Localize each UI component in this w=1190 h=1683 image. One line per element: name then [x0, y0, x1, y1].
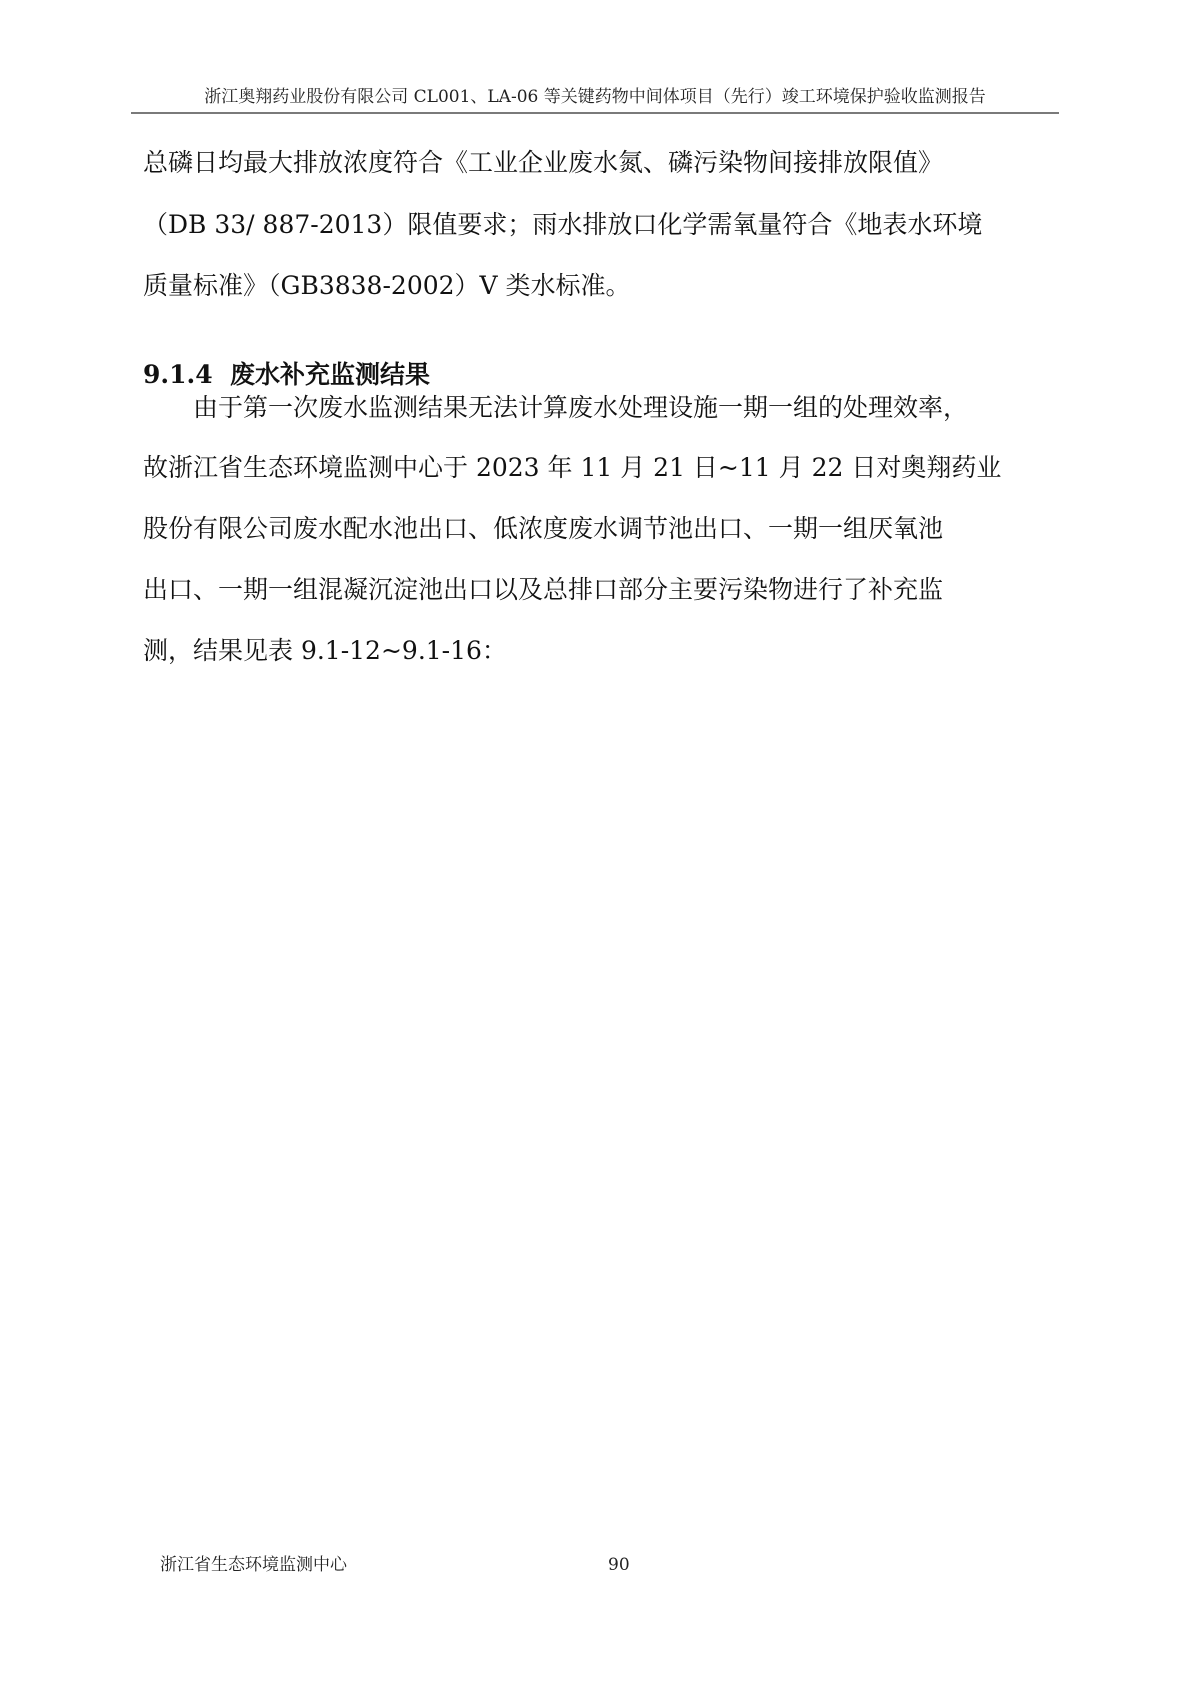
text-line: 测，结果见表 9.1-12~9.1-16： — [143, 633, 507, 669]
text-line: 故浙江省生态环境监测中心于 2023 年 11 月 21 日~11 月 22 日… — [143, 450, 1001, 486]
header-divider — [131, 112, 1059, 114]
text-line: 由于第一次废水监测结果无法计算废水处理设施一期一组的处理效率， — [193, 390, 968, 426]
section-title: 废水补充监测结果 — [230, 360, 430, 389]
text-line: 出口、一期一组混凝沉淀池出口以及总排口部分主要污染物进行了补充监 — [143, 572, 943, 608]
section-number: 9.1.4 — [143, 360, 213, 389]
document-page: 浙江奥翔药业股份有限公司 CL001、LA-06 等关键药物中间体项目（先行）竣… — [0, 0, 1190, 1683]
text-line: 质量标准》（GB3838-2002）V 类水标准。 — [143, 268, 631, 304]
text-line: 股份有限公司废水配水池出口、低浓度废水调节池出口、一期一组厌氧池 — [143, 511, 943, 547]
page-number: 90 — [608, 1554, 630, 1576]
footer-organization: 浙江省生态环境监测中心 — [160, 1554, 347, 1576]
text-line: （DB 33/ 887-2013）限值要求；雨水排放口化学需氧量符合《地表水环境 — [143, 207, 982, 243]
section-heading: 9.1.4 废水补充监测结果 — [143, 357, 430, 393]
text-line: 总磷日均最大排放浓度符合《工业企业废水氮、磷污染物间接排放限值》 — [143, 145, 943, 181]
running-header: 浙江奥翔药业股份有限公司 CL001、LA-06 等关键药物中间体项目（先行）竣… — [131, 86, 1059, 108]
